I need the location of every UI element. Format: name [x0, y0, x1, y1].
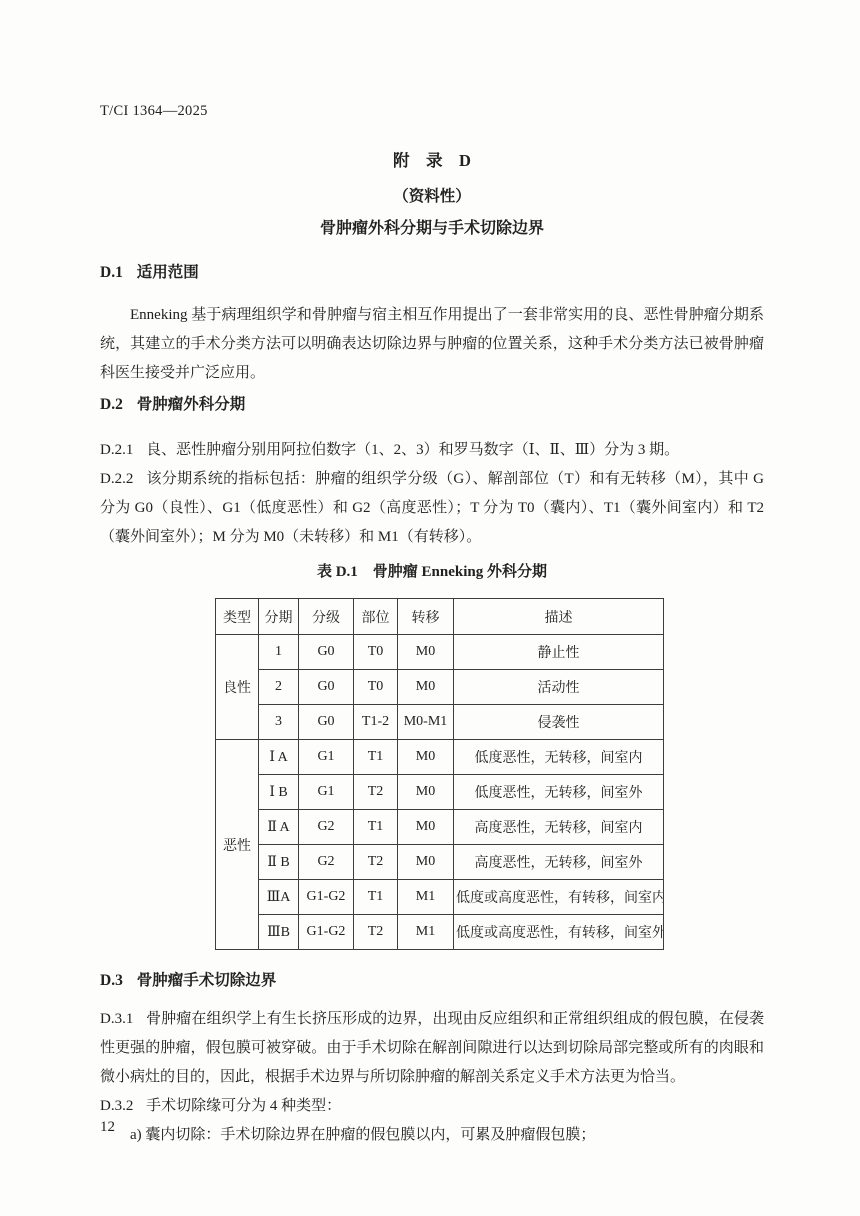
table-cell: T1: [354, 740, 398, 775]
table-cell: G1-G2: [299, 880, 354, 915]
table-cell: M0: [398, 740, 454, 775]
section-d1-paragraph: Enneking 基于病理组织学和骨肿瘤与宿主相互作用提出了一套非常实用的良、恶…: [100, 301, 764, 388]
clause-d32-text: 手术切除缘可分为 4 种类型：: [146, 1098, 341, 1114]
section-d1-number: D.1: [100, 264, 123, 281]
section-d3-title: 骨肿瘤手术切除边界: [137, 972, 277, 989]
section-d2-number: D.2: [100, 396, 123, 413]
table-cell: 低度恶性，无转移，间室外: [454, 775, 664, 810]
clause-d21-number: D.2.1: [100, 442, 133, 458]
table-cell: T2: [354, 845, 398, 880]
table-cell: T2: [354, 775, 398, 810]
enneking-staging-table: 类型 分期 分级 部位 转移 描述 良性 1 G0 T0 M0 静止性: [215, 598, 664, 950]
table-cell: M0-M1: [398, 705, 454, 740]
table-cell: G2: [299, 810, 354, 845]
table-row: ⅢB G1-G2 T2 M1 低度或高度恶性，有转移，间室外: [216, 915, 664, 950]
appendix-heading: 骨肿瘤外科分期与手术切除边界: [100, 218, 764, 240]
clause-d22-text: 该分期系统的指标包括：肿瘤的组织学分级（G）、解剖部位（T）和有无转移（M），其…: [100, 471, 764, 545]
table-row: 2 G0 T0 M0 活动性: [216, 670, 664, 705]
table-cell: M0: [398, 670, 454, 705]
section-d3-number: D.3: [100, 972, 123, 989]
table-cell: G1: [299, 740, 354, 775]
table-cell: G0: [299, 705, 354, 740]
section-d3-heading: D.3骨肿瘤手术切除边界: [100, 970, 764, 992]
section-d2-title: 骨肿瘤外科分期: [137, 396, 246, 413]
table-row: Ⅱ A G2 T1 M0 高度恶性，无转移，间室内: [216, 810, 664, 845]
table-row: 恶性 Ⅰ A G1 T1 M0 低度恶性，无转移，间室内: [216, 740, 664, 775]
table-row: Ⅱ B G2 T2 M0 高度恶性，无转移，间室外: [216, 845, 664, 880]
table-cell: T1: [354, 880, 398, 915]
table-cell: 低度恶性，无转移，间室内: [454, 740, 664, 775]
table-cell: 静止性: [454, 635, 664, 670]
table-cell: G1: [299, 775, 354, 810]
table-cell: 1: [259, 635, 299, 670]
table-row: ⅢA G1-G2 T1 M1 低度或高度恶性，有转移，间室内: [216, 880, 664, 915]
table-cell: 低度或高度恶性，有转移，间室外: [454, 915, 664, 950]
table-caption: 表 D.1 骨肿瘤 Enneking 外科分期: [100, 560, 764, 584]
column-header-description: 描述: [454, 599, 664, 635]
appendix-title: 附 录 D: [100, 150, 764, 172]
section-d1-title: 适用范围: [137, 264, 199, 281]
page-number: 12: [100, 1116, 115, 1138]
table-cell: Ⅱ B: [259, 845, 299, 880]
doc-number: T/CI 1364—2025: [100, 0, 764, 122]
list-item-a: a) 囊内切除：手术切除边界在肿瘤的假包膜以内，可累及肿瘤假包膜；: [100, 1121, 764, 1150]
page-content: T/CI 1364—2025 附 录 D （资料性） 骨肿瘤外科分期与手术切除边…: [0, 0, 860, 1150]
column-header-stage: 分期: [259, 599, 299, 635]
table-cell: T2: [354, 915, 398, 950]
clause-d21: D.2.1良、恶性肿瘤分别用阿拉伯数字（1、2、3）和罗马数字（Ⅰ、Ⅱ、Ⅲ）分为…: [100, 436, 764, 465]
table-cell: M0: [398, 775, 454, 810]
document-page: T/CI 1364—2025 附 录 D （资料性） 骨肿瘤外科分期与手术切除边…: [0, 0, 860, 1216]
rowgroup-label-malignant: 恶性: [216, 740, 259, 950]
column-header-type: 类型: [216, 599, 259, 635]
table-cell: M1: [398, 915, 454, 950]
clause-d31-text: 骨肿瘤在组织学上有生长挤压形成的边界，出现由反应组织和正常组织组成的假包膜，在侵…: [100, 1011, 764, 1085]
table-cell: T1: [354, 810, 398, 845]
table-cell: M0: [398, 845, 454, 880]
table-header-row: 类型 分期 分级 部位 转移 描述: [216, 599, 664, 635]
table-cell: 侵袭性: [454, 705, 664, 740]
table-row: 良性 1 G0 T0 M0 静止性: [216, 635, 664, 670]
table-cell: G2: [299, 845, 354, 880]
table-cell: ⅢA: [259, 880, 299, 915]
table-row: Ⅰ B G1 T2 M0 低度恶性，无转移，间室外: [216, 775, 664, 810]
section-d2-heading: D.2骨肿瘤外科分期: [100, 394, 764, 416]
column-header-metastasis: 转移: [398, 599, 454, 635]
rowgroup-label-benign: 良性: [216, 635, 259, 740]
table-cell: T0: [354, 635, 398, 670]
table-cell: 高度恶性，无转移，间室外: [454, 845, 664, 880]
table-cell: M0: [398, 810, 454, 845]
clause-d31-number: D.3.1: [100, 1011, 133, 1027]
table-cell: G0: [299, 635, 354, 670]
table-cell: M0: [398, 635, 454, 670]
appendix-kind: （资料性）: [100, 186, 764, 208]
table-cell: 2: [259, 670, 299, 705]
clause-d21-text: 良、恶性肿瘤分别用阿拉伯数字（1、2、3）和罗马数字（Ⅰ、Ⅱ、Ⅲ）分为 3 期。: [146, 442, 679, 458]
table-cell: 活动性: [454, 670, 664, 705]
clause-d22-number: D.2.2: [100, 471, 133, 487]
table-cell: G0: [299, 670, 354, 705]
table-cell: Ⅱ A: [259, 810, 299, 845]
column-header-grade: 分级: [299, 599, 354, 635]
clause-d31: D.3.1骨肿瘤在组织学上有生长挤压形成的边界，出现由反应组织和正常组织组成的假…: [100, 1005, 764, 1092]
table-cell: G1-G2: [299, 915, 354, 950]
clause-d32: D.3.2手术切除缘可分为 4 种类型：: [100, 1092, 764, 1121]
table-cell: Ⅰ A: [259, 740, 299, 775]
table-cell: 高度恶性，无转移，间室内: [454, 810, 664, 845]
table-cell: 低度或高度恶性，有转移，间室内: [454, 880, 664, 915]
table-cell: 3: [259, 705, 299, 740]
table-cell: M1: [398, 880, 454, 915]
column-header-site: 部位: [354, 599, 398, 635]
table-cell: Ⅰ B: [259, 775, 299, 810]
table-cell: ⅢB: [259, 915, 299, 950]
table-row: 3 G0 T1-2 M0-M1 侵袭性: [216, 705, 664, 740]
table-cell: T0: [354, 670, 398, 705]
clause-d22: D.2.2该分期系统的指标包括：肿瘤的组织学分级（G）、解剖部位（T）和有无转移…: [100, 465, 764, 552]
clause-d32-number: D.3.2: [100, 1098, 133, 1114]
table-cell: T1-2: [354, 705, 398, 740]
section-d1-heading: D.1适用范围: [100, 262, 764, 284]
